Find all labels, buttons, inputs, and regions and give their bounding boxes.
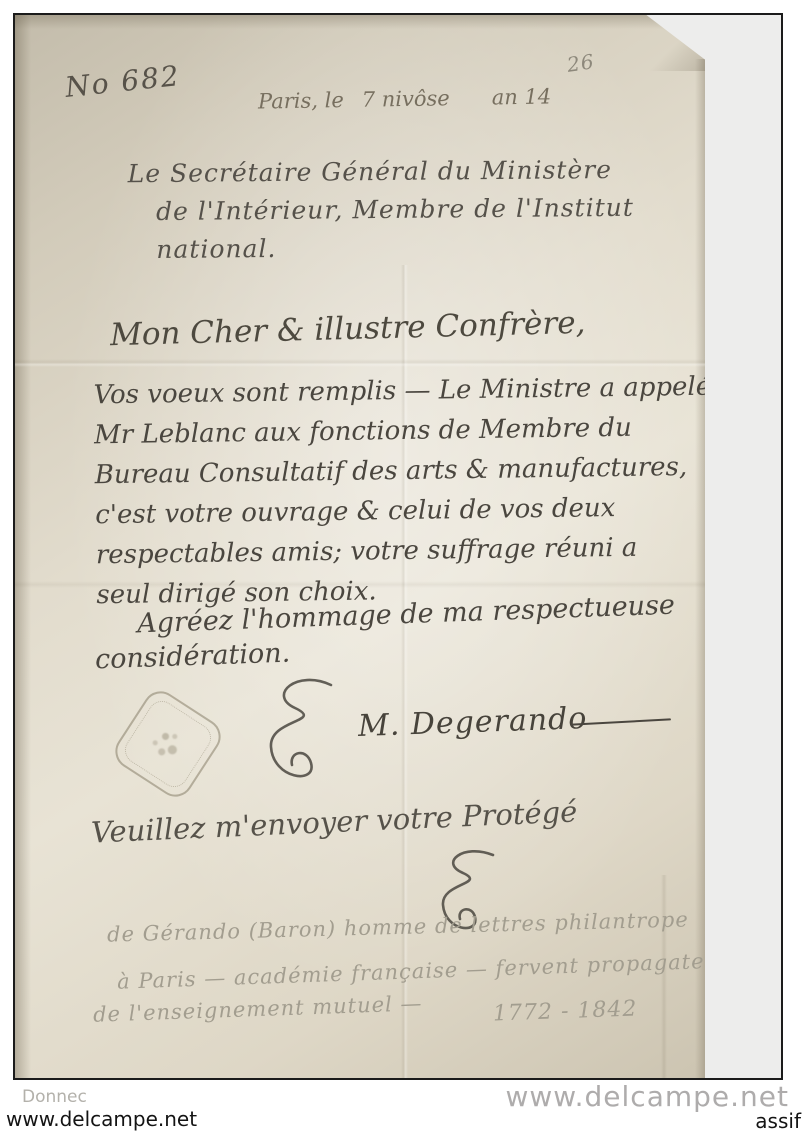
- letterhead: Le Secrétaire Général du Ministère de l'…: [128, 151, 635, 269]
- salutation: Mon Cher & illustre Confrère,: [110, 305, 586, 353]
- paper-edge-shadow: [15, 15, 705, 29]
- watermark-assif: assif: [755, 1109, 801, 1132]
- fold-crease: [661, 875, 667, 1078]
- dateline-place: Paris, le: [258, 88, 344, 113]
- pencil-note-line: de l'enseignement mutuel —: [93, 991, 423, 1026]
- signature: M. Degerando: [357, 701, 587, 744]
- letterhead-line: Le Secrétaire Général du Ministère: [128, 151, 634, 193]
- paper-edge-shadow: [15, 15, 31, 1078]
- collection-stamp-icon: [109, 685, 228, 804]
- watermark-delcampe-right: www.delcampe.net: [506, 1080, 790, 1113]
- closing-line: considération.: [95, 638, 291, 676]
- reference-number: No 682: [64, 59, 183, 104]
- dateline: Paris, le7 nivôsean 14: [258, 84, 552, 113]
- pencil-note-line: de Gérando (Baron) homme de lettres phil…: [107, 907, 689, 946]
- paper-folded-corner: [635, 15, 705, 71]
- letter-paper: No 682 26 Paris, le7 nivôsean 14 Le Secr…: [15, 15, 705, 1078]
- letterhead-line: de l'Intérieur, Membre de l'Institut: [128, 189, 634, 231]
- dateline-day: 7 nivôse: [362, 86, 450, 112]
- corner-pencil-number: 26: [565, 49, 596, 77]
- watermark-donnec: Donnec: [22, 1087, 87, 1107]
- letter-body: Vos voeux sont remplis — Le Ministre a a…: [93, 367, 714, 616]
- dateline-year: an 14: [492, 84, 552, 109]
- flourish-icon: [251, 675, 356, 793]
- pencil-dates: 1772 - 1842: [493, 996, 638, 1026]
- letterhead-line: national.: [128, 227, 634, 269]
- fold-crease: [15, 359, 705, 367]
- pencil-note-line: à Paris — académie française — fervent p…: [117, 948, 731, 993]
- scan-frame: No 682 26 Paris, le7 nivôsean 14 Le Secr…: [13, 13, 783, 1080]
- watermark-delcampe-left: www.delcampe.net: [6, 1107, 197, 1131]
- postscript: Veuillez m'envoyer votre Protégé: [90, 794, 578, 849]
